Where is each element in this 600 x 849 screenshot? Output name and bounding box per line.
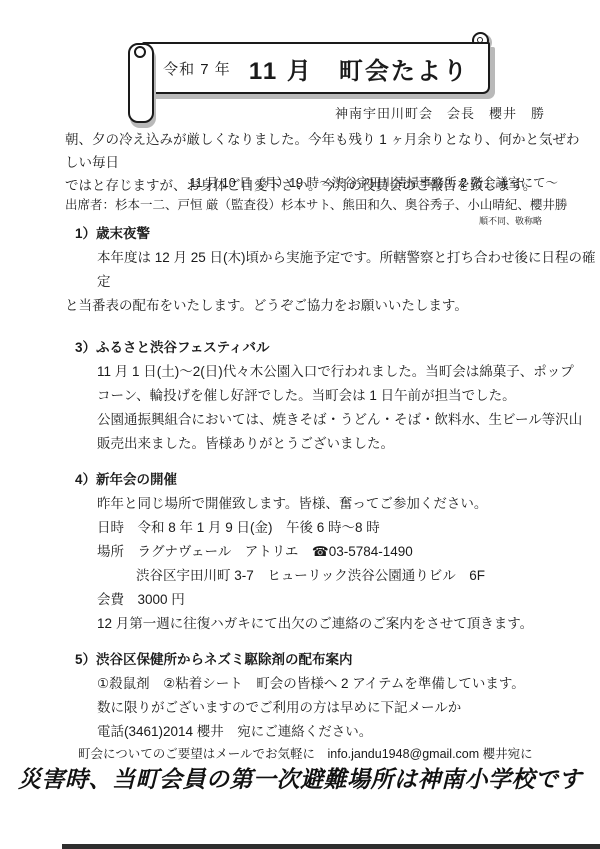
section-line: コーン、輪投げを催し好評でした。当町会は 1 日午前が担当でした。 (97, 384, 600, 408)
section-year-end-watch: 1）歳末夜警 本年度は 12 月 25 日(木)頃から実施予定です。所轄警察と打… (0, 222, 600, 318)
section-rat-control: 5）渋谷区保健所からネズミ駆除剤の配布案内 ①殺鼠剤 ②粘着シート 町会の皆様へ… (0, 648, 600, 744)
section-new-year-party: 4）新年会の開催 昨年と同じ場所で開催致します。皆様、奮ってご参加ください。 日… (0, 468, 600, 636)
evacuation-notice: 災害時、当町会員の第一次避難場所は神南小学校です (0, 761, 600, 794)
intro-line: 朝、夕の冷え込みが厳しくなりました。今年も残り 1 ヶ月余りとなり、何かと気ぜわ… (65, 128, 580, 174)
section-line: 日時 令和 8 年 1 月 9 日(金) 午後 6 時～8 時 (97, 516, 600, 540)
section-heading: 5）渋谷区保健所からネズミ駆除剤の配布案内 (75, 648, 600, 672)
banner-body: 令和 7 年 11 月 町会たより (142, 42, 490, 94)
section-heading: 4）新年会の開催 (75, 468, 600, 492)
page-title: 11 月 町会たより (249, 51, 469, 86)
attendees-list: 出席者：杉本一二、戸恒 厳（監査役）杉本サト、熊田和久、奥谷秀子、小山晴紀、櫻井… (65, 195, 580, 213)
section-line: 渋谷区宇田川町 3-7 ヒューリック渋谷公園通りビル 6F (136, 564, 600, 588)
byline: 神南宇田川町会 会長 櫻井 勝 (0, 103, 545, 122)
section-line: と当番表の配布をいたします。どうぞご協力をお願いいたします。 (65, 294, 600, 318)
section-line: 12 月第一週に往復ハガキにて出欠のご連絡のご案内をさせて頂きます。 (97, 612, 600, 636)
section-line: 昨年と同じ場所で開催致します。皆様、奮ってご参加ください。 (97, 492, 600, 516)
banner-era-label: 令和 7 年 (163, 58, 231, 79)
page-edge-bar (62, 844, 600, 849)
section-line: 公園通振興組合においては、焼きそば・うどん・そば・飲料水、生ビール等沢山 (97, 408, 600, 432)
section-line: 会費 3000 円 (97, 588, 600, 612)
section-heading: 3）ふるさと渋谷フェスティバル (75, 336, 600, 360)
section-heading: 1）歳末夜警 (75, 222, 600, 246)
section-line: ①殺鼠剤 ②粘着シート 町会の皆様へ 2 アイテムを準備しています。 (97, 672, 600, 696)
section-line: 電話(3461)2014 櫻井 宛にご連絡ください。 (97, 720, 600, 744)
section-line: 場所 ラグナヴェール アトリエ ☎03-5784-1490 (97, 540, 600, 564)
section-line: 11 月 1 日(土)～2(日)代々木公園入口で行われました。当町会は綿菓子、ポ… (97, 360, 600, 384)
scroll-roll-icon (128, 43, 154, 123)
section-line: 本年度は 12 月 25 日(木)頃から実施予定です。所轄警察と打ち合わせ後に日… (97, 246, 600, 294)
footer-contact: 町会についてのご要望はメールでお気軽に info.jandu1948@gmail… (78, 744, 533, 762)
sections: 1）歳末夜警 本年度は 12 月 25 日(木)頃から実施予定です。所轄警察と打… (0, 222, 600, 744)
section-line: 数に限りがございますのでご利用の方は早めに下記メールか (97, 696, 600, 720)
section-line: 販売出来ました。皆様ありがとうございました。 (97, 432, 600, 456)
meeting-info: 11 月 10 日（月）19 時～渋谷宇田川清掃事務所 2 階会議室にて～ (0, 173, 558, 191)
newsletter-page: 令和 7 年 11 月 町会たより 神南宇田川町会 会長 櫻井 勝 朝、夕の冷え… (0, 0, 600, 849)
section-shibuya-festival: 3）ふるさと渋谷フェスティバル 11 月 1 日(土)～2(日)代々木公園入口で… (0, 336, 600, 456)
